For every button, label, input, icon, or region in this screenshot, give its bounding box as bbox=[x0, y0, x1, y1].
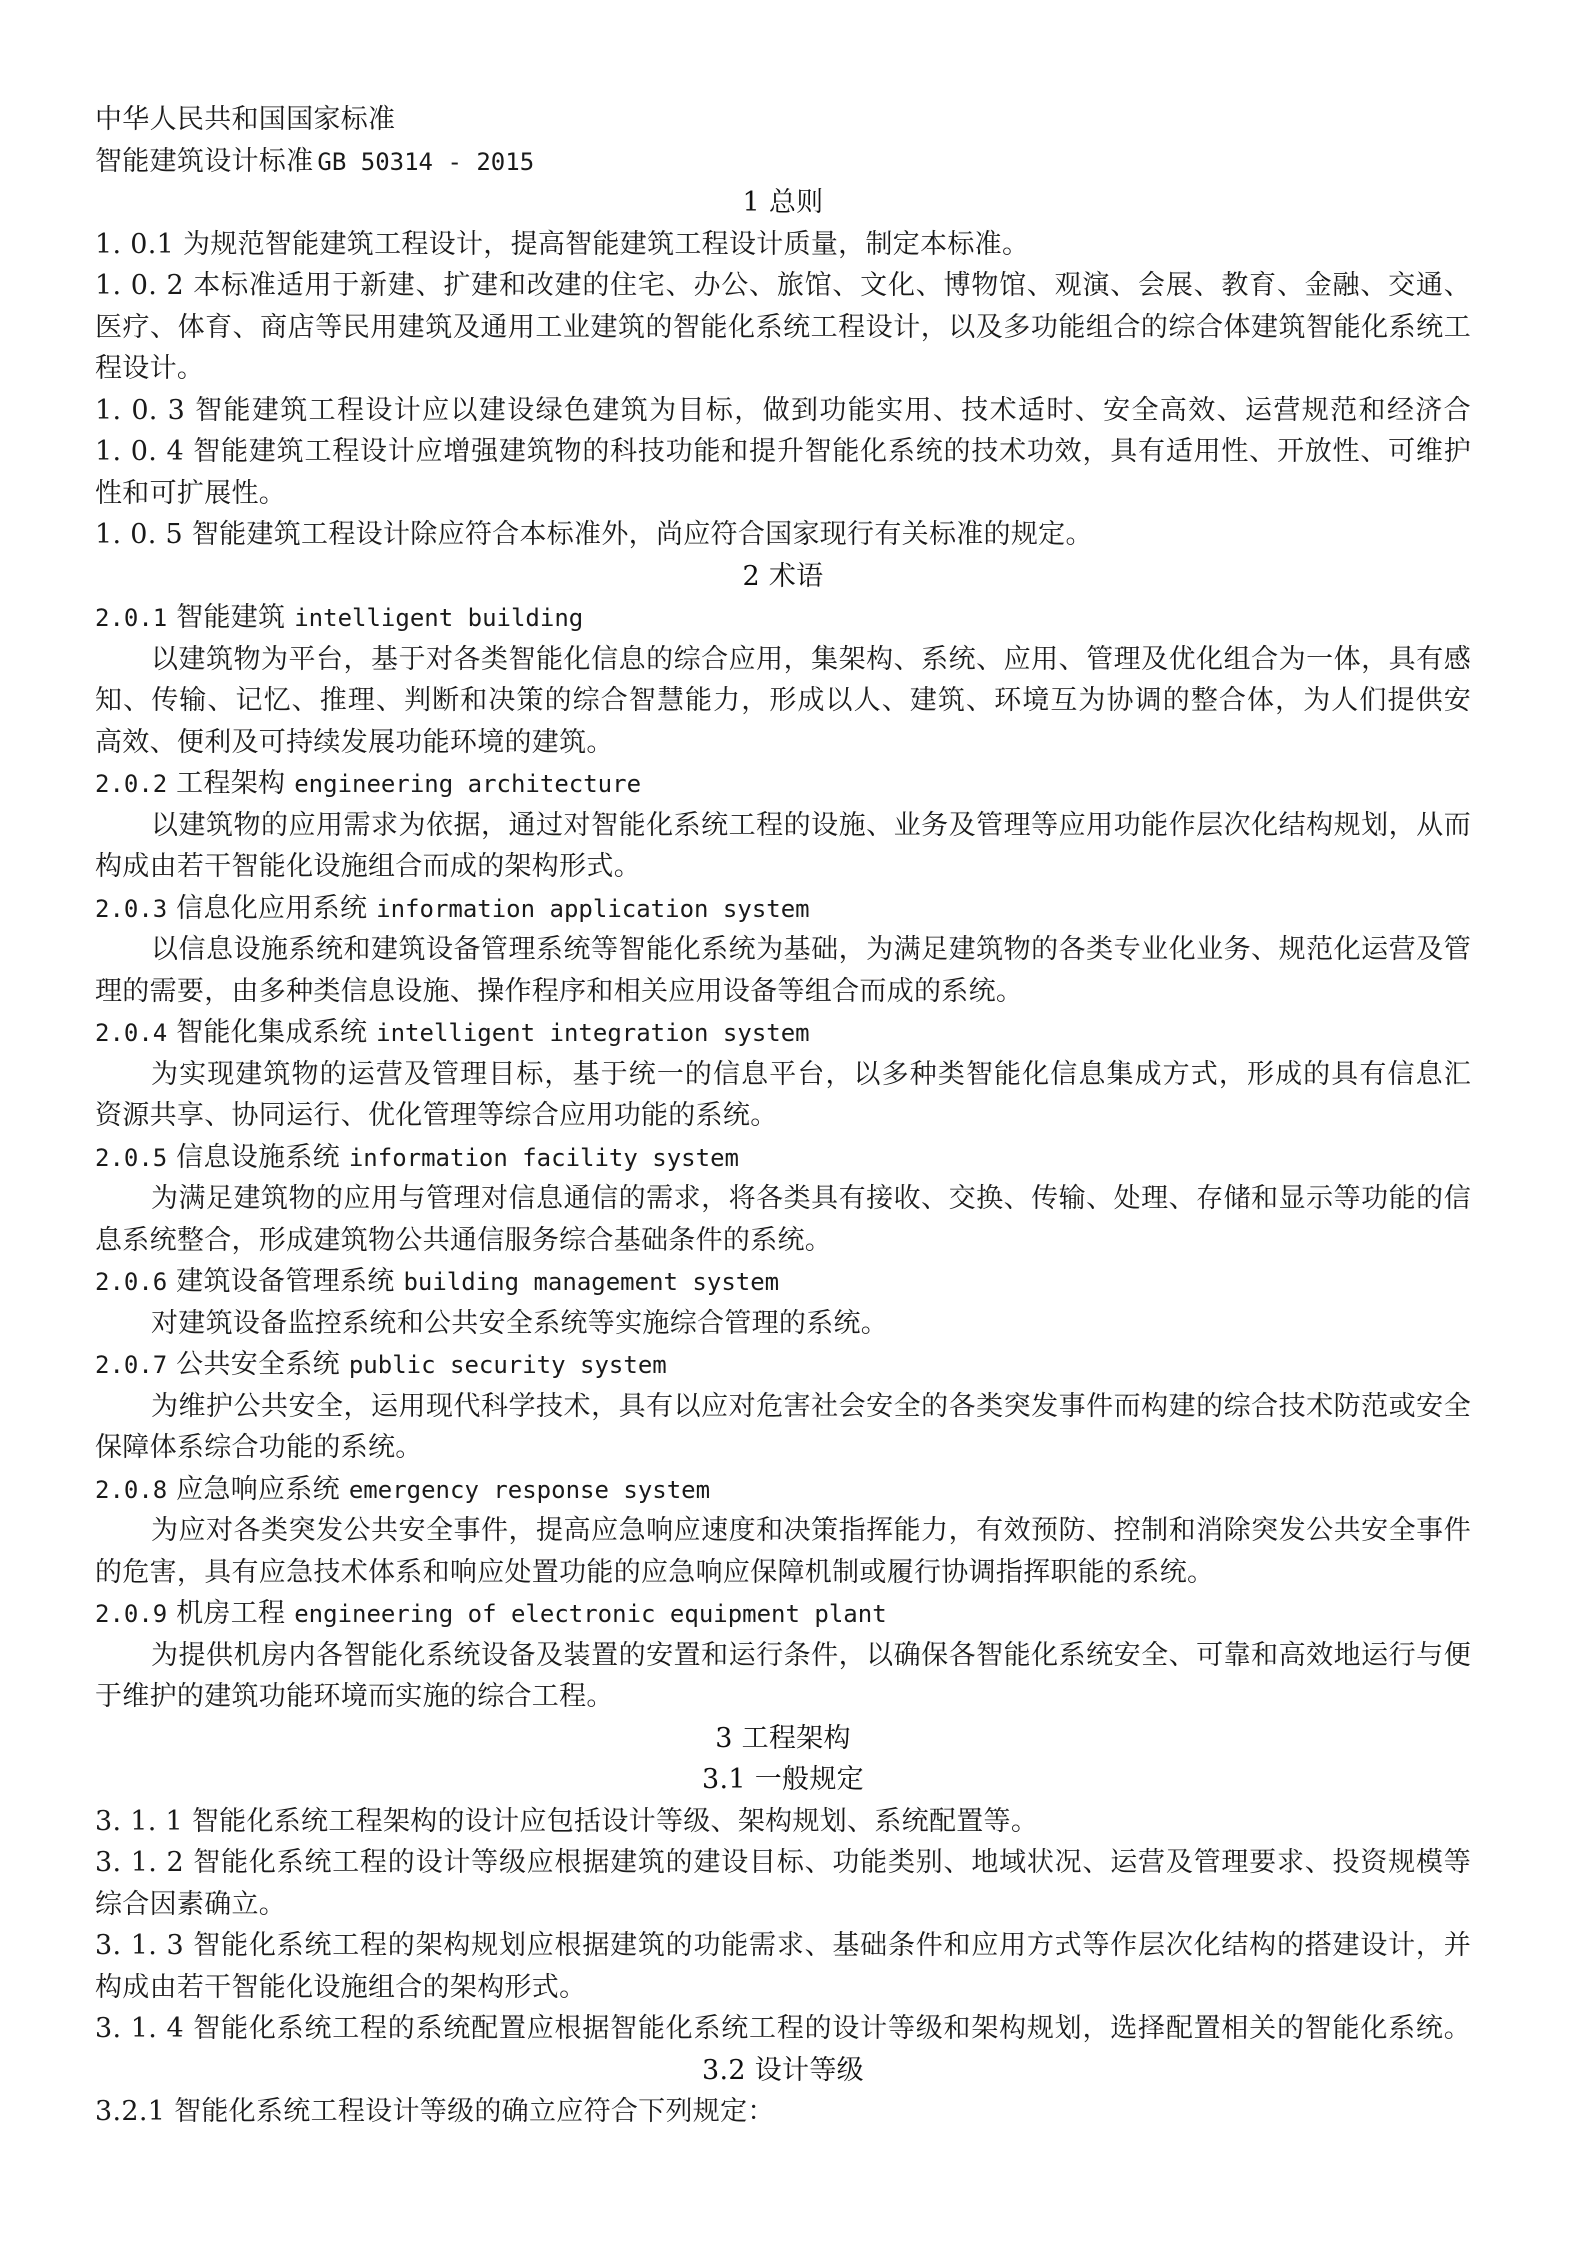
term-title: 2.0.5 信息设施系统 information facility system bbox=[95, 1137, 1471, 1179]
term-definition-cont: 构成由若干智能化设施组合而成的架构形式。 bbox=[95, 846, 1471, 888]
term-title: 2.0.6 建筑设备管理系统 building management syste… bbox=[95, 1261, 1471, 1303]
chapter-heading: 1 总则 bbox=[95, 182, 1471, 224]
clause-1-0-4: 1. 0. 4 智能建筑工程设计应增强建筑物的科技功能和提升智能化系统的技术功效… bbox=[95, 431, 1471, 473]
term-definition: 对建筑设备监控系统和公共安全系统等实施综合管理的系统。 bbox=[95, 1303, 1471, 1345]
term-definition: 以建筑物的应用需求为依据，通过对智能化系统工程的设施、业务及管理等应用功能作层次… bbox=[95, 805, 1471, 847]
term-definition-cont: 知、传输、记忆、推理、判断和决策的综合智慧能力，形成以人、建筑、环境互为协调的整… bbox=[95, 680, 1471, 722]
term-name-en: emergency response system bbox=[349, 1476, 710, 1504]
term-number: 2.0.6 bbox=[95, 1268, 167, 1296]
term-definition-cont: 保障体系综合功能的系统。 bbox=[95, 1427, 1471, 1469]
clause-1-0-2-cont: 程设计。 bbox=[95, 348, 1471, 390]
term-definition-cont: 理的需要，由多种类信息设施、操作程序和相关应用设备等组合而成的系统。 bbox=[95, 971, 1471, 1013]
term-definition: 以建筑物为平台，基于对各类智能化信息的综合应用，集架构、系统、应用、管理及优化组… bbox=[95, 639, 1471, 681]
term-name-cn: 公共安全系统 bbox=[176, 1349, 340, 1380]
term-number: 2.0.9 bbox=[95, 1600, 167, 1628]
clause-3-1-3-cont: 构成由若干智能化设施组合的架构形式。 bbox=[95, 1967, 1471, 2009]
term-name-cn: 建筑设备管理系统 bbox=[176, 1266, 394, 1297]
term-number: 2.0.7 bbox=[95, 1351, 167, 1379]
clause-3-2-1: 3.2.1 智能化系统工程设计等级的确立应符合下列规定： bbox=[95, 2091, 1471, 2133]
chapter-heading: 3 工程架构 bbox=[95, 1718, 1471, 1760]
term-number: 2.0.2 bbox=[95, 770, 167, 798]
term-name-en: information application system bbox=[376, 895, 809, 923]
clause-3-1-4: 3. 1. 4 智能化系统工程的系统配置应根据智能化系统工程的设计等级和架构规划… bbox=[95, 2008, 1471, 2050]
term-name-cn: 智能化集成系统 bbox=[176, 1017, 367, 1048]
term-name-en: building management system bbox=[403, 1268, 779, 1296]
term-definition-cont: 的危害，具有应急技术体系和响应处置功能的应急响应保障机制或履行协调指挥职能的系统… bbox=[95, 1552, 1471, 1594]
term-name-en: public security system bbox=[349, 1351, 667, 1379]
term-definition-cont: 高效、便利及可持续发展功能环境的建筑。 bbox=[95, 722, 1471, 764]
term-name-en: intelligent integration system bbox=[376, 1019, 809, 1047]
term-name-en: engineering architecture bbox=[294, 770, 641, 798]
term-definition-cont: 资源共享、协同运行、优化管理等综合应用功能的系统。 bbox=[95, 1095, 1471, 1137]
term-title: 2.0.1 智能建筑 intelligent building bbox=[95, 597, 1471, 639]
standard-code: GB 50314 - 2015 bbox=[313, 148, 534, 176]
term-number: 2.0.5 bbox=[95, 1144, 167, 1172]
document-header-standard: 中华人民共和国国家标准 bbox=[95, 99, 1471, 141]
term-name-cn: 应急响应系统 bbox=[176, 1474, 340, 1505]
term-definition: 为应对各类突发公共安全事件，提高应急响应速度和决策指挥能力，有效预防、控制和消除… bbox=[95, 1510, 1471, 1552]
term-name-en: engineering of electronic equipment plan… bbox=[294, 1600, 886, 1628]
term-name-cn: 信息化应用系统 bbox=[176, 893, 367, 924]
term-name-en: intelligent building bbox=[294, 604, 583, 632]
standard-title: 智能建筑设计标准 bbox=[95, 146, 313, 177]
term-definition: 为实现建筑物的运营及管理目标，基于统一的信息平台，以多种类智能化信息集成方式，形… bbox=[95, 1054, 1471, 1096]
term-name-en: information facility system bbox=[349, 1144, 739, 1172]
term-number: 2.0.1 bbox=[95, 604, 167, 632]
clause-3-1-3: 3. 1. 3 智能化系统工程的架构规划应根据建筑的功能需求、基础条件和应用方式… bbox=[95, 1925, 1471, 1967]
term-name-cn: 信息设施系统 bbox=[176, 1142, 340, 1173]
clause-1-0-2: 1. 0. 2 本标准适用于新建、扩建和改建的住宅、办公、旅馆、文化、博物馆、观… bbox=[95, 265, 1471, 307]
term-title: 2.0.8 应急响应系统 emergency response system bbox=[95, 1469, 1471, 1511]
term-definition: 为维护公共安全，运用现代科学技术，具有以应对危害社会安全的各类突发事件而构建的综… bbox=[95, 1386, 1471, 1428]
term-number: 2.0.8 bbox=[95, 1476, 167, 1504]
term-number: 2.0.4 bbox=[95, 1019, 167, 1047]
term-definition-cont: 息系统整合，形成建筑物公共通信服务综合基础条件的系统。 bbox=[95, 1220, 1471, 1262]
term-name-cn: 工程架构 bbox=[176, 768, 285, 799]
term-number: 2.0.3 bbox=[95, 895, 167, 923]
clause-1-0-5: 1. 0. 5 智能建筑工程设计除应符合本标准外，尚应符合国家现行有关标准的规定… bbox=[95, 514, 1471, 556]
term-definition: 为满足建筑物的应用与管理对信息通信的需求，将各类具有接收、交换、传输、处理、存储… bbox=[95, 1178, 1471, 1220]
document-page: 中华人民共和国国家标准 智能建筑设计标准GB 50314 - 2015 1 总则… bbox=[95, 99, 1471, 2133]
clause-1-0-4-cont: 性和可扩展性。 bbox=[95, 473, 1471, 515]
term-title: 2.0.2 工程架构 engineering architecture bbox=[95, 763, 1471, 805]
clause-3-1-2-cont: 综合因素确立。 bbox=[95, 1884, 1471, 1926]
term-definition-cont: 于维护的建筑功能环境而实施的综合工程。 bbox=[95, 1676, 1471, 1718]
term-name-cn: 智能建筑 bbox=[176, 602, 285, 633]
term-title: 2.0.9 机房工程 engineering of electronic equ… bbox=[95, 1593, 1471, 1635]
section-heading: 3.1 一般规定 bbox=[95, 1759, 1471, 1801]
clause-1-0-2-cont: 医疗、体育、商店等民用建筑及通用工业建筑的智能化系统工程设计，以及多功能组合的综… bbox=[95, 307, 1471, 349]
section-heading: 3.2 设计等级 bbox=[95, 2050, 1471, 2092]
term-definition: 为提供机房内各智能化系统设备及装置的安置和运行条件，以确保各智能化系统安全、可靠… bbox=[95, 1635, 1471, 1677]
term-definition: 以信息设施系统和建筑设备管理系统等智能化系统为基础，为满足建筑物的各类专业化业务… bbox=[95, 929, 1471, 971]
term-title: 2.0.7 公共安全系统 public security system bbox=[95, 1344, 1471, 1386]
document-header-title: 智能建筑设计标准GB 50314 - 2015 bbox=[95, 141, 1471, 183]
term-title: 2.0.4 智能化集成系统 intelligent integration sy… bbox=[95, 1012, 1471, 1054]
clause-3-1-2: 3. 1. 2 智能化系统工程的设计等级应根据建筑的建设目标、功能类别、地域状况… bbox=[95, 1842, 1471, 1884]
term-name-cn: 机房工程 bbox=[176, 1598, 285, 1629]
clause-3-1-1: 3. 1. 1 智能化系统工程架构的设计应包括设计等级、架构规划、系统配置等。 bbox=[95, 1801, 1471, 1843]
clause-1-0-1: 1. 0.1 为规范智能建筑工程设计，提高智能建筑工程设计质量，制定本标准。 bbox=[95, 224, 1471, 266]
chapter-heading: 2 术语 bbox=[95, 556, 1471, 598]
term-title: 2.0.3 信息化应用系统 information application sy… bbox=[95, 888, 1471, 930]
clause-1-0-3: 1. 0. 3 智能建筑工程设计应以建设绿色建筑为目标，做到功能实用、技术适时、… bbox=[95, 390, 1471, 432]
